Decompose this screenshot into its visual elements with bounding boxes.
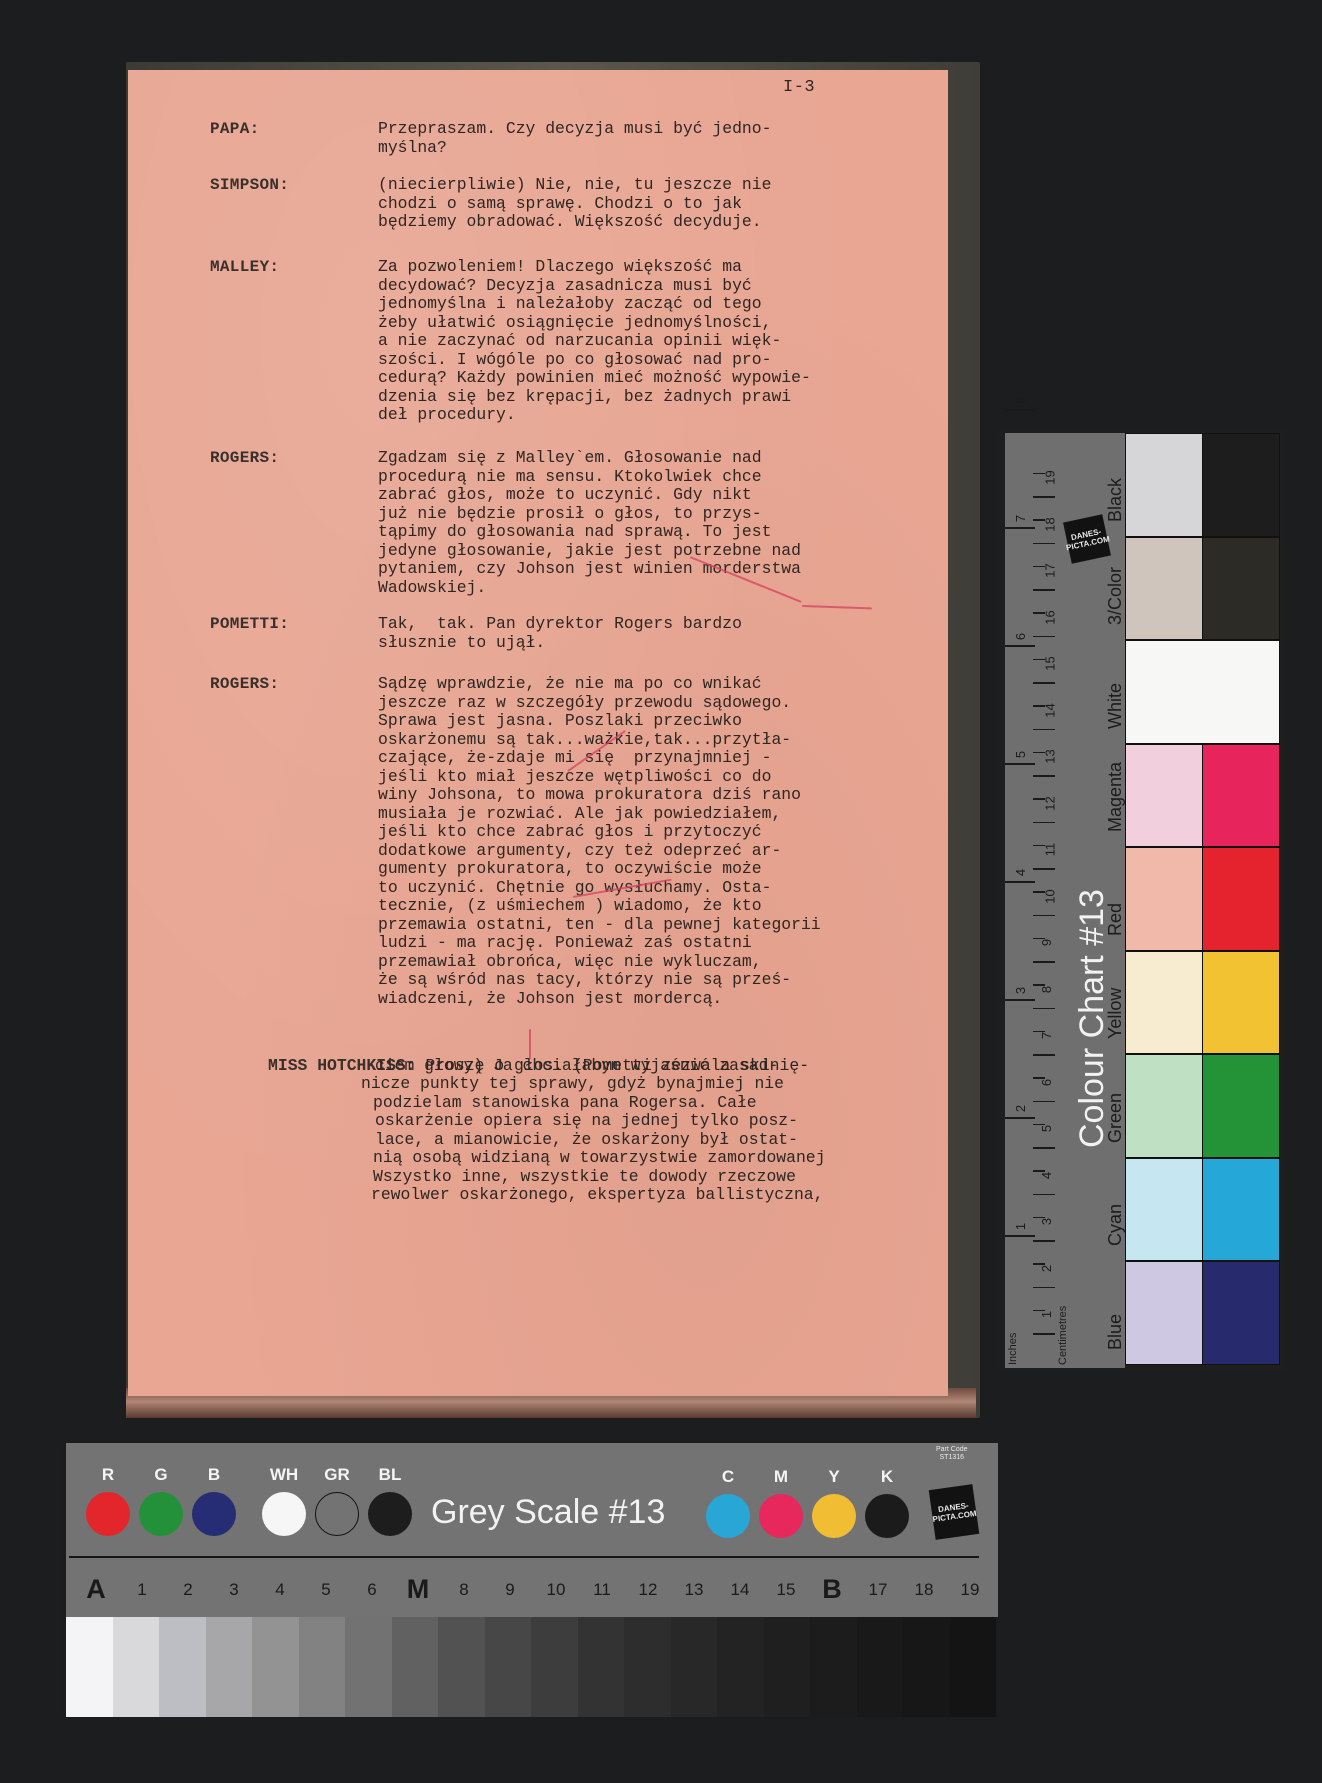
ruler-tick (1033, 636, 1055, 638)
inch-label: 5 (1013, 751, 1028, 758)
grey-step (578, 1617, 625, 1717)
colour-patch-dark (1202, 433, 1280, 537)
speech-line: jeśli kto miał jeszcze wętpliwości co do (378, 768, 821, 787)
dot-label: M (774, 1467, 788, 1487)
speech-line: ciem głowy) Ja chciałabym wyjaśnić zasad… (375, 1057, 778, 1076)
dot-label: B (208, 1465, 220, 1485)
speech-line: dodatkowe argumenty, czy też odeprzeć ar… (378, 842, 821, 861)
ruler-tick (1033, 519, 1045, 521)
typed-page: I-3 PAPA:Przepraszam. Czy decyzja musi b… (128, 70, 948, 1396)
step-label: 15 (777, 1580, 796, 1600)
inch-label: 6 (1013, 633, 1028, 640)
speech-line: nią osobą widzianą w towarzystwie zamord… (373, 1149, 825, 1168)
grey-scale-title: Grey Scale #13 (431, 1493, 665, 1532)
colour-row-label: Red (1105, 902, 1126, 935)
dot-label: C (722, 1467, 734, 1487)
step-label: 1 (137, 1580, 146, 1600)
ruler-tick (1033, 1194, 1055, 1196)
ruler-tick (1033, 1240, 1055, 1242)
dot-label: R (102, 1465, 114, 1485)
dot-label: Y (828, 1467, 839, 1487)
colour-patch-dark (1202, 537, 1280, 641)
speech-line: Sprawa jest jasna. Poszlaki przeciwko (378, 712, 821, 731)
speech-line: Sądzę wprawdzie, że nie ma po co wnikać (378, 675, 821, 694)
speech-text: (niecierpliwie) Nie, nie, tu jeszcze nie… (378, 176, 771, 232)
speech-line: Wszystko inne, wszystkie te dowody rzecz… (373, 1168, 796, 1187)
speaker-name: PAPA: (210, 120, 260, 138)
colour-row-label: Black (1105, 477, 1126, 521)
speech-line: tecznie, (z uśmiechem ) wiadomo, że kto (378, 897, 821, 916)
colour-row-label: 3/Color (1105, 567, 1126, 625)
cm-label: 7 (1039, 1032, 1054, 1039)
reference-dot-g (139, 1492, 183, 1536)
inch-label: 4 (1013, 869, 1028, 876)
speech-line: jeśli kto chce zabrać głos i przytoczyć (378, 823, 821, 842)
ruler-tick (1033, 473, 1045, 475)
grey-step (810, 1617, 857, 1717)
units-inches: Inches (1007, 1333, 1019, 1365)
reference-dot-y (812, 1494, 856, 1538)
dot-label: K (881, 1467, 893, 1487)
speech-line: podzielam stanowiska pana Rogersa. Całe (373, 1094, 757, 1113)
grey-step (717, 1617, 764, 1717)
ruler-tick (1005, 1235, 1035, 1237)
colour-chart: 1234567891011121314151617181912345678Inc… (997, 430, 1287, 1370)
speech-line: (niecierpliwie) Nie, nie, tu jeszcze nie (378, 176, 771, 195)
colour-patch-dark (1202, 744, 1280, 848)
step-label: 3 (229, 1580, 238, 1600)
ruler-tick (1005, 763, 1035, 765)
grey-step (531, 1617, 578, 1717)
colour-row-label: White (1105, 682, 1126, 728)
ruler-tick (1033, 915, 1055, 917)
pencil-mark (529, 1029, 531, 1059)
speech-line: rewolwer oskarżonego, ekspertyza ballist… (371, 1186, 823, 1205)
page-number: I-3 (783, 78, 815, 97)
reference-dot-c (706, 1494, 750, 1538)
speaker-name: POMETTI: (210, 615, 289, 633)
step-label: 5 (321, 1580, 330, 1600)
dot-label: WH (270, 1465, 298, 1485)
step-label: 12 (639, 1580, 658, 1600)
reference-dot-r (86, 1492, 130, 1536)
ruler-tick (1033, 729, 1055, 731)
cm-label: 2 (1039, 1264, 1054, 1271)
ruler-tick (1005, 409, 1035, 411)
ruler-tick (1033, 589, 1055, 591)
ruler-tick (1033, 938, 1045, 940)
ruler-tick (1033, 822, 1055, 824)
grey-step (903, 1617, 950, 1717)
speech-line: cedurą? Każdy powinien mieć możność wypo… (378, 369, 811, 388)
step-label: 9 (505, 1580, 514, 1600)
speech-text: Tak, tak. Pan dyrektor Rogers bardzosłus… (378, 615, 742, 652)
grey-step (764, 1617, 811, 1717)
speech-line: Wadowskiej. (378, 579, 801, 598)
speech-line: myślna? (378, 139, 771, 158)
ruler-tick (1033, 1287, 1055, 1289)
grey-step (624, 1617, 671, 1717)
ruler-tick (1033, 1054, 1055, 1056)
colour-row-label: Cyan (1105, 1204, 1126, 1246)
speech-line: będziemy obradować. Większość decyduje. (378, 213, 771, 232)
ruler-tick (1033, 705, 1045, 707)
colour-patch-light (1125, 744, 1203, 848)
inch-label: 1 (1013, 1223, 1028, 1230)
part-code: Part Code ST1316 (936, 1446, 968, 1462)
ruler-tick (1005, 527, 1035, 529)
ruler-tick (1033, 543, 1055, 545)
speech-text: Sądzę wprawdzie, że nie ma po co wnikaćj… (378, 675, 821, 1008)
cm-label: 8 (1039, 985, 1054, 992)
speech-line: to uczynić. Chętnie go wysłuchamy. Osta- (378, 879, 821, 898)
ruler-tick (1033, 868, 1055, 870)
divider (69, 1556, 979, 1558)
speech-line: przemawiał obrońca, więc nie wykluczam, (378, 953, 821, 972)
inch-label: 3 (1013, 987, 1028, 994)
reference-dot-wh (262, 1492, 306, 1536)
speech-line: Tak, tak. Pan dyrektor Rogers bardzo (378, 615, 742, 634)
ruler-tick (1005, 645, 1035, 647)
units-centimetres: Centimetres (1057, 1306, 1069, 1365)
reference-dot-gr (315, 1492, 359, 1536)
step-label: 17 (869, 1580, 888, 1600)
colour-patch-light (1125, 1158, 1203, 1262)
step-label: 2 (183, 1580, 192, 1600)
step-label: 11 (593, 1580, 611, 1600)
speaker-name: ROGERS: (210, 675, 279, 693)
speech-line: zabrać głos, może to uczynić. Gdy nikt (378, 486, 801, 505)
reference-dot-bl (368, 1492, 412, 1536)
speech-line: przemawia ostatni, ten - dla pewnej kate… (378, 916, 821, 935)
step-label: 19 (961, 1580, 980, 1600)
grey-step (159, 1617, 206, 1717)
cm-label: 4 (1039, 1171, 1054, 1178)
colour-patch-light (1125, 951, 1203, 1055)
ruler-tick (1033, 1101, 1055, 1103)
ruler-tick (1033, 1124, 1045, 1126)
ruler-tick (1033, 961, 1055, 963)
speech-line: gumenty prokuratora, to oczywiście może (378, 860, 821, 879)
colour-patch-dark (1202, 1158, 1280, 1262)
cm-label: 3 (1039, 1218, 1054, 1225)
grey-step (299, 1617, 346, 1717)
speech-line: szości. I wógóle po co głosować nad pro- (378, 351, 811, 370)
colour-patch-white (1125, 640, 1280, 744)
speech-line: oskarżenie opiera się na jednej tylko po… (375, 1112, 798, 1131)
speech-line: jednomyślna i należałoby zacząć od tego (378, 295, 811, 314)
cm-label: 9 (1039, 939, 1054, 946)
step-label: 4 (275, 1580, 284, 1600)
speech-line: decydować? Decyzja zasadnicza musi być (378, 277, 811, 296)
speech-line: Przepraszam. Czy decyzja musi być jedno- (378, 120, 771, 139)
ruler-tick (1005, 1117, 1035, 1119)
speech-line: procedurą nie ma sensu. Ktokolwiek chce (378, 468, 801, 487)
dot-label: G (154, 1465, 167, 1485)
cm-label: 1 (1039, 1311, 1054, 1318)
ruler-tick (1005, 881, 1035, 883)
dot-label: GR (324, 1465, 350, 1485)
ruler-tick (1033, 984, 1045, 986)
step-label: 14 (731, 1580, 750, 1600)
grey-step (857, 1617, 904, 1717)
colour-patch-dark (1202, 951, 1280, 1055)
colour-patch-dark (1202, 1261, 1280, 1365)
colour-row-label: Green (1105, 1092, 1126, 1142)
cm-label: 6 (1039, 1078, 1054, 1085)
ruler-tick (1033, 1310, 1045, 1312)
ruler-tick (1033, 566, 1045, 568)
grey-step (671, 1617, 718, 1717)
inch-label: 2 (1013, 1105, 1028, 1112)
step-label: M (407, 1574, 430, 1605)
ruler-tick (1033, 1333, 1055, 1335)
grey-step (206, 1617, 253, 1717)
ruler-tick (1033, 752, 1045, 754)
reference-dot-k (865, 1494, 909, 1538)
ruler-tick (1033, 1147, 1055, 1149)
ruler-tick (1033, 659, 1045, 661)
colour-patch-dark (1202, 1054, 1280, 1158)
step-label: B (822, 1574, 842, 1605)
colour-row-label: Blue (1105, 1313, 1126, 1349)
speech-line: lace, a mianowicie, że oskarżony był ost… (375, 1131, 798, 1150)
speech-line: nicze punkty tej sprawy, gdyż bynajmiej … (361, 1075, 784, 1094)
ruler-tick (1033, 1217, 1045, 1219)
reference-dot-b (192, 1492, 236, 1536)
grey-scale-header: RGBWHGRBLCMYK Grey Scale #13 Part Code S… (66, 1443, 998, 1617)
speech-line: dzenia się bez krępacji, bez żadnych pra… (378, 388, 811, 407)
speech-text: Przepraszam. Czy decyzja musi być jedno-… (378, 120, 771, 157)
speech-line: Zgadzam się z Malley`em. Głosowanie nad (378, 449, 801, 468)
pencil-mark (802, 605, 872, 609)
dot-label: BL (379, 1465, 402, 1485)
speech-text: Za pozwoleniem! Dlaczego większość madec… (378, 258, 811, 425)
speech-line: a nie zaczynać od narzucania opinii więk… (378, 332, 811, 351)
speech-line: jeszcze raz w szczegóły przewodu sądoweg… (378, 694, 821, 713)
ruler-tick (1033, 1263, 1045, 1265)
grey-step (485, 1617, 532, 1717)
speech-line: tąpimy do głosowania nad sprawą. To jest (378, 523, 801, 542)
colour-patch-light (1125, 433, 1203, 537)
inch-label: 7 (1013, 515, 1028, 522)
part-code-label: Part Code (936, 1446, 968, 1454)
grey-step-strip (66, 1617, 996, 1717)
grey-step (345, 1617, 392, 1717)
speech-line: słusznie to ujął. (378, 634, 742, 653)
step-label: 10 (547, 1580, 566, 1600)
ruler-tick (1033, 1008, 1055, 1010)
speech-line: deł procedury. (378, 406, 811, 425)
colour-patch-light (1125, 537, 1203, 641)
speaker-name: SIMPSON: (210, 176, 289, 194)
step-label: 8 (459, 1580, 468, 1600)
danes-picta-logo: DANES-PICTA.COM (929, 1484, 980, 1540)
ruler-tick (1033, 1077, 1045, 1079)
colour-patch-light (1125, 847, 1203, 951)
ruler-tick (1033, 891, 1045, 893)
colour-patch-dark (1202, 847, 1280, 951)
ruler-tick (1033, 775, 1055, 777)
speech-line: winy Johsona, to mowa prokuratora dziś r… (378, 786, 821, 805)
ruler-tick (1033, 612, 1045, 614)
step-label: 18 (915, 1580, 934, 1600)
ruler-tick (1033, 496, 1055, 498)
part-code-value: ST1316 (936, 1454, 968, 1462)
grey-step (113, 1617, 160, 1717)
speech-line: chodzi o samą sprawę. Chodzi o to jak (378, 195, 771, 214)
speech-line: musiała je rozwiać. Ale jak powiedziałem… (378, 805, 821, 824)
ruler-tick (1033, 1170, 1045, 1172)
colour-patch-light (1125, 1054, 1203, 1158)
speaker-name: MALLEY: (210, 258, 279, 276)
step-label: 6 (367, 1580, 376, 1600)
speech-line: żeby ułatwić osiągnięcie jednomyślności, (378, 314, 811, 333)
grey-scale-card: RGBWHGRBLCMYK Grey Scale #13 Part Code S… (63, 1443, 998, 1718)
speaker-name: ROGERS: (210, 449, 279, 467)
ruler-tick (1033, 845, 1045, 847)
ruler-tick (1033, 798, 1045, 800)
speech-line: Za pozwoleniem! Dlaczego większość ma (378, 258, 811, 277)
ruler-tick (1033, 1031, 1045, 1033)
colour-row-label: Yellow (1105, 988, 1126, 1039)
grey-step (438, 1617, 485, 1717)
speech-line: że są wśród nas tacy, którzy nie są prze… (378, 971, 821, 990)
speech-line: czające, że-zdaje mi się przynajmniej - (378, 749, 821, 768)
step-label: 13 (685, 1580, 704, 1600)
ruler-tick (1005, 999, 1035, 1001)
speech-line: już nie będzie prosił o głos, to przys- (378, 505, 801, 524)
colour-row-label: Magenta (1105, 762, 1126, 832)
grey-step (392, 1617, 439, 1717)
danes-picta-logo: DANES-PICTA.COM (1063, 514, 1111, 563)
colour-patch-light (1125, 1261, 1203, 1365)
speech-line: wiadczeni, że Johson jest mordercą. (378, 990, 821, 1009)
reference-dot-m (759, 1494, 803, 1538)
cm-label: 5 (1039, 1125, 1054, 1132)
inch-label: 8 (1013, 397, 1028, 404)
ruler-tick (1033, 682, 1055, 684)
speech-line: ludzi - ma rację. Ponieważ zaś ostatni (378, 934, 821, 953)
grey-step (66, 1617, 113, 1717)
step-label: A (86, 1574, 106, 1605)
speech-line: jedyne głosowanie, jakie jest potrzebne … (378, 542, 801, 561)
grey-step (252, 1617, 299, 1717)
colour-chart-labels: 1234567891011121314151617181912345678Inc… (1005, 433, 1130, 1368)
grey-step (950, 1617, 997, 1717)
